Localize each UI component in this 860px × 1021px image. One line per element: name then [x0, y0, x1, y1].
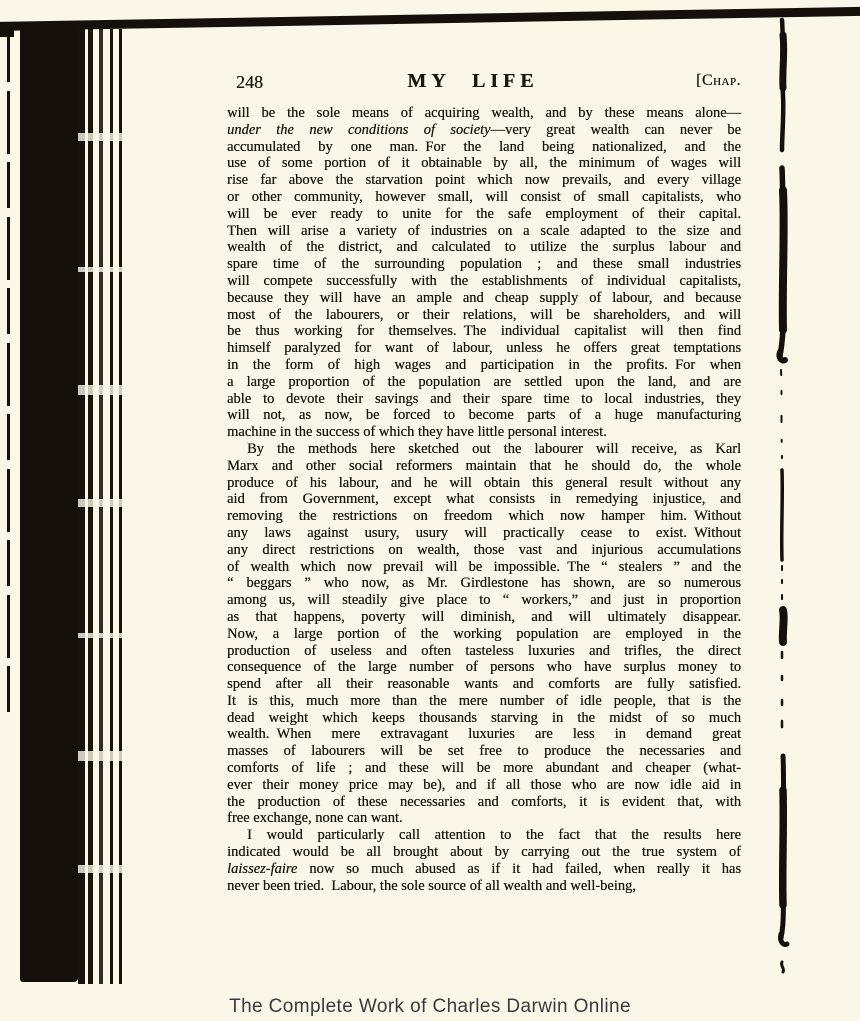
text-line: never been tried. Labour, the sole sourc… [227, 878, 741, 895]
text-line: I would particularly call attention to t… [227, 827, 741, 844]
running-header: 248 MY LIFE [Chap. [227, 66, 741, 105]
text-line: use of some portion of it obtainable by … [227, 155, 741, 172]
text-line: indicated would be all brought about by … [227, 844, 741, 861]
text-line: aid from Government, except what consist… [227, 491, 741, 508]
text-line: will be the sole means of acquiring weal… [227, 105, 741, 122]
text-line: wealth. When mere extravagant luxuries a… [227, 726, 741, 743]
site-caption: The Complete Work of Charles Darwin Onli… [0, 996, 860, 1018]
text-line: masses of labourers will be set free to … [227, 743, 741, 760]
text-line: free exchange, none can want. [227, 810, 741, 827]
text-line: removing the restrictions on freedom whi… [227, 508, 741, 525]
text-line: most of the labourers, or their relation… [227, 307, 741, 324]
scanned-book-page: 248 MY LIFE [Chap. will be the sole mean… [0, 0, 860, 1021]
text-line: By the methods here sketched out the lab… [227, 441, 741, 458]
text-line: dead weight which keeps thousands starvi… [227, 710, 741, 727]
chapter-label: [Chap. [696, 72, 741, 90]
scan-right-margin-streak [768, 0, 800, 1021]
text-line: the production of these necessaries and … [227, 794, 741, 811]
scan-top-edge-bar [0, 7, 860, 31]
text-line: produce of his labour, and he will obtai… [227, 475, 741, 492]
text-line: will compete successfully with the estab… [227, 273, 741, 290]
scan-gutter-black-band [20, 29, 78, 982]
text-line: as that happens, poverty will diminish, … [227, 609, 741, 626]
text-line: a large proportion of the population are… [227, 374, 741, 391]
text-line: in the form of high wages and participat… [227, 357, 741, 374]
text-line: or other community, however small, will … [227, 189, 741, 206]
text-line: It is this, much more than the mere numb… [227, 693, 741, 710]
text-line: able to devote their savings and their s… [227, 391, 741, 408]
text-line: be thus working for themselves. The indi… [227, 323, 741, 340]
scan-gutter-streaks [78, 29, 126, 984]
text-line: Marx and other social reformers maintain… [227, 458, 741, 475]
text-line: among us, will steadily give place to “ … [227, 592, 741, 609]
book-title: MY LIFE [227, 70, 719, 93]
scan-gutter-thin-line [7, 36, 10, 716]
text-line: ever their money price may be), and if a… [227, 777, 741, 794]
text-line: spend after all their reasonable wants a… [227, 676, 741, 693]
text-line: any laws against usury, usury will pract… [227, 525, 741, 542]
text-line: spare time of the surrounding population… [227, 256, 741, 273]
text-line: Then will arise a variety of industries … [227, 223, 741, 240]
text-line: because they will have an ample and chea… [227, 290, 741, 307]
text-line: consequence of the large number of perso… [227, 659, 741, 676]
text-line: under the new conditions of society—very… [227, 122, 741, 139]
text-line: will not, as now, be forced to become pa… [227, 407, 741, 424]
text-line: himself paralyzed for want of labour, un… [227, 340, 741, 357]
text-line: any direct restrictions on wealth, those… [227, 542, 741, 559]
text-line: “ beggars ” who now, as Mr. Girdlestone … [227, 575, 741, 592]
text-line: wealth of the district, and calculated t… [227, 239, 741, 256]
paragraph: will be the sole means of acquiring weal… [227, 105, 741, 441]
text-line: production of useless and often tasteles… [227, 643, 741, 660]
page-body: will be the sole means of acquiring weal… [227, 105, 741, 894]
text-line: rise far above the starvation point whic… [227, 172, 741, 189]
text-line: accumulated by one man. For the land bei… [227, 139, 741, 156]
paragraph: By the methods here sketched out the lab… [227, 441, 741, 827]
text-column: 248 MY LIFE [Chap. will be the sole mean… [227, 66, 741, 894]
text-line: of wealth which now prevail will be impo… [227, 559, 741, 576]
text-line: will be ever ready to unite for the safe… [227, 206, 741, 223]
text-line: Now, a large portion of the working popu… [227, 626, 741, 643]
paragraph: I would particularly call attention to t… [227, 827, 741, 894]
text-line: laissez-faire now so much abused as if i… [227, 861, 741, 878]
text-line: comforts of life ; and these will be mor… [227, 760, 741, 777]
text-line: machine in the success of which they hav… [227, 424, 741, 441]
